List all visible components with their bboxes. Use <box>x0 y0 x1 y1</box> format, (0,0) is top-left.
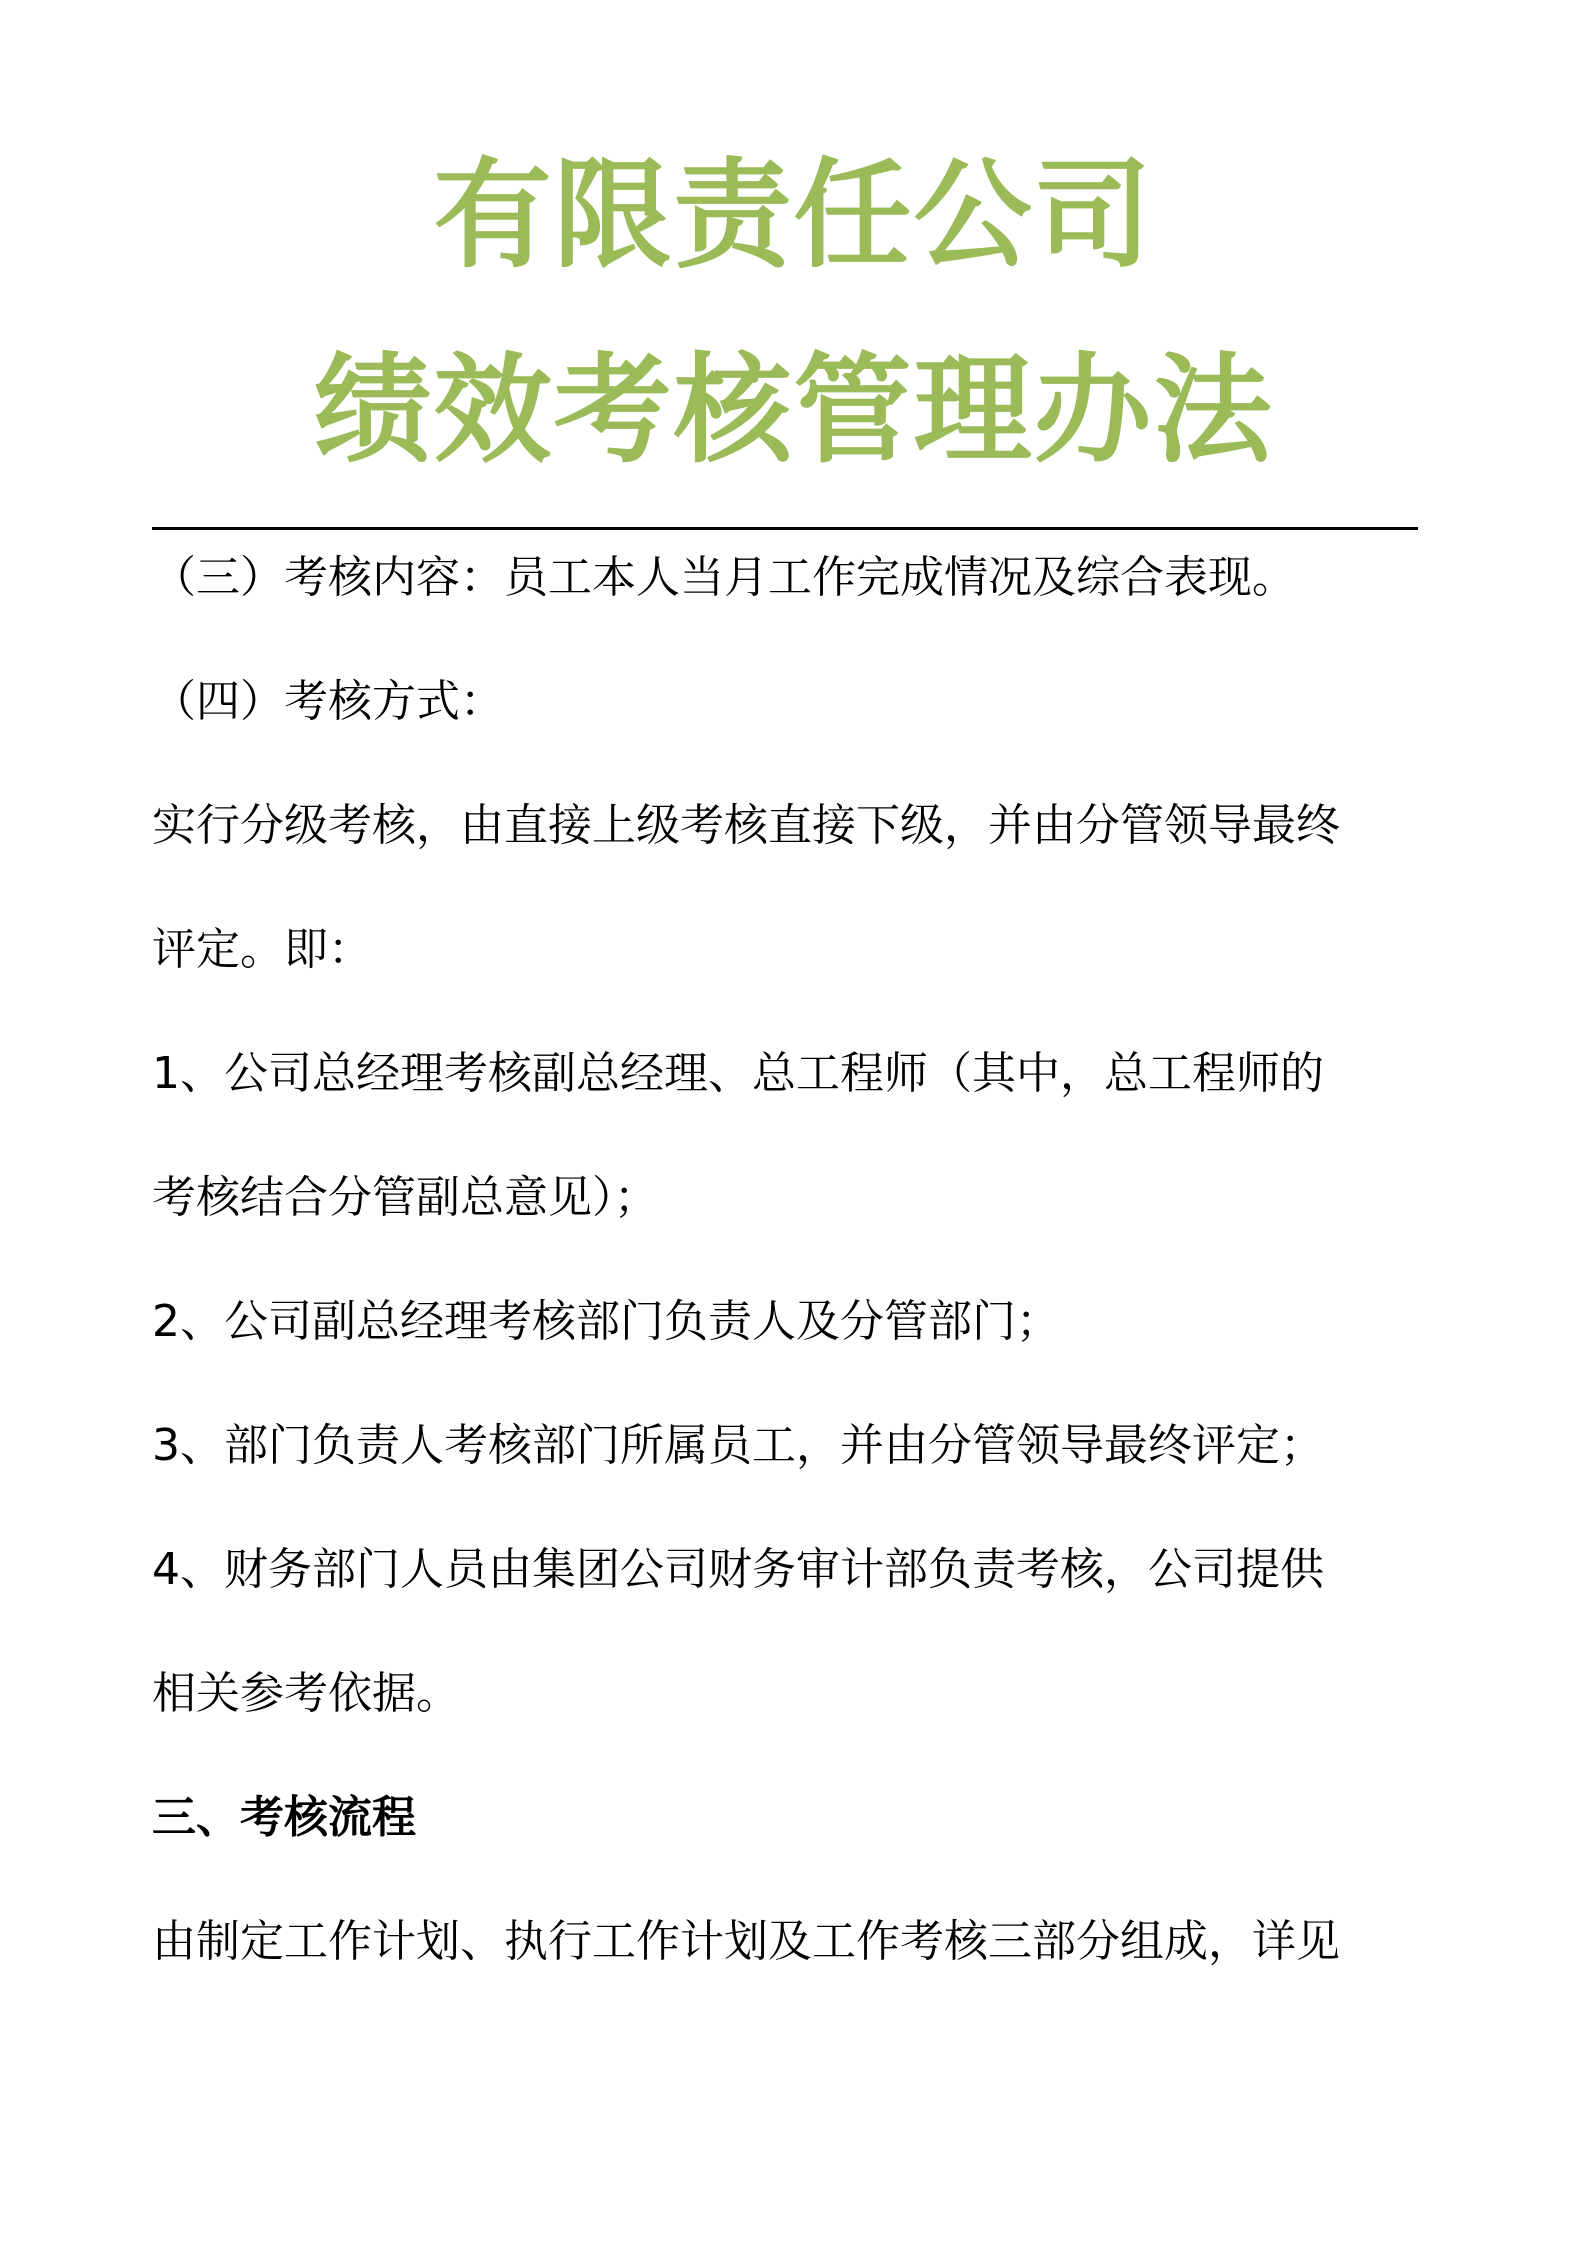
paragraph-line: 相关参考依据。 <box>152 1664 1452 1724</box>
title-divider <box>152 527 1418 530</box>
paragraph-line: 1、公司总经理考核副总经理、总工程师（其中，总工程师的 <box>152 1044 1452 1104</box>
document-title-line-1: 有限责任公司 <box>0 150 1587 280</box>
paragraph-line: （四）考核方式： <box>152 672 1452 732</box>
paragraph-line: 2、公司副总经理考核部门负责人及分管部门； <box>152 1292 1452 1352</box>
paragraph-line: 3、部门负责人考核部门所属员工，并由分管领导最终评定； <box>152 1416 1452 1476</box>
section-heading: 三、考核流程 <box>152 1788 1452 1848</box>
paragraph-line: （三）考核内容：员工本人当月工作完成情况及综合表现。 <box>152 548 1452 608</box>
paragraph-line: 考核结合分管副总意见）； <box>152 1168 1452 1228</box>
paragraph-line: 实行分级考核，由直接上级考核直接下级，并由分管领导最终 <box>152 796 1452 856</box>
document-title-line-2: 绩效考核管理办法 <box>0 345 1587 475</box>
paragraph-line: 评定。即： <box>152 920 1452 980</box>
paragraph-line: 4、财务部门人员由集团公司财务审计部负责考核，公司提供 <box>152 1540 1452 1600</box>
paragraph-line: 由制定工作计划、执行工作计划及工作考核三部分组成，详见 <box>152 1912 1452 1972</box>
